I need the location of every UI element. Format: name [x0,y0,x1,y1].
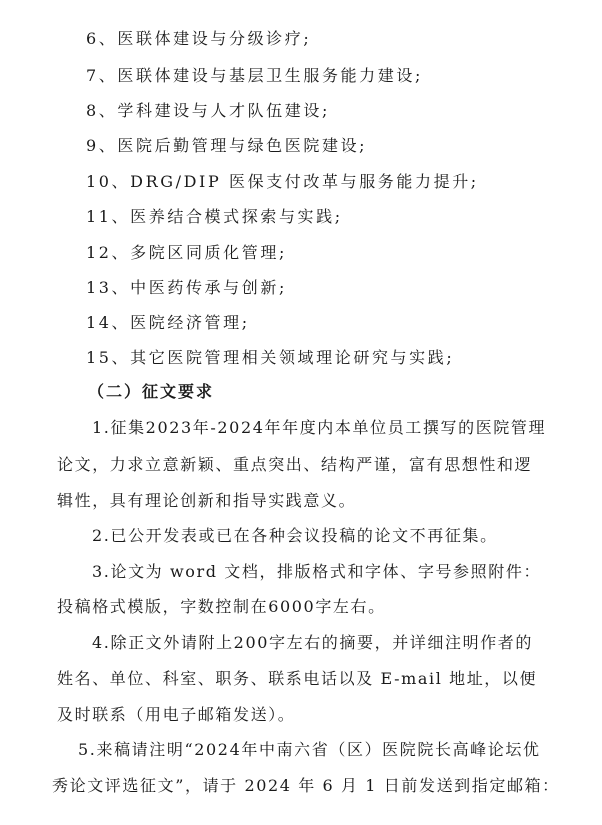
topic-item-6: 6、医联体建设与分级诊疗; [86,29,311,49]
requirement-1-line-3: 辑性，具有理论创新和指导实践意义。 [57,491,356,511]
requirement-5-line-2: 秀论文评选征文”，请于 2024 年 6 月 1 日前发送到指定邮箱： [52,776,560,796]
requirement-5-line-1: 5.来稿请注明“2024年中南六省（区）医院院长高峰论坛优 [78,740,541,760]
section-heading: （二）征文要求 [88,382,214,402]
topic-item-10: 10、DRG/DIP 医保支付改革与服务能力提升; [86,172,479,192]
requirement-4-line-3: 及时联系（用电子邮箱发送）。 [57,705,295,725]
topic-item-13: 13、中医药传承与创新; [86,278,287,298]
document-page: 6、医联体建设与分级诊疗; 7、医联体建设与基层卫生服务能力建设; 8、学科建设… [0,0,602,825]
requirement-2-line-1: 2.已公开发表或已在各种会议投稿的论文不再征集。 [92,526,498,546]
requirement-4-line-2: 姓名、单位、科室、职务、联系电话以及 E-mail 地址，以便 [57,669,537,689]
topic-item-14: 14、医院经济管理; [86,313,250,333]
requirement-3-line-2: 投稿格式模版，字数控制在6000字左右。 [57,597,386,617]
topic-item-11: 11、医养结合模式探索与实践; [86,207,343,227]
topic-item-8: 8、学科建设与人才队伍建设; [86,101,330,121]
topic-item-12: 12、多院区同质化管理; [86,243,287,263]
topic-item-9: 9、医院后勤管理与绿色医院建设; [86,136,367,156]
topic-item-7: 7、医联体建设与基层卫生服务能力建设; [86,66,423,86]
requirement-1-line-1: 1.征集2023年-2024年年度内本单位员工撰写的医院管理 [92,418,546,438]
requirement-1-line-2: 论文，力求立意新颖、重点突出、结构严谨，富有思想性和逻 [57,455,532,475]
requirement-4-line-1: 4.除正文外请附上200字左右的摘要，并详细注明作者的 [92,633,533,653]
topic-item-15: 15、其它医院管理相关领域理论研究与实践; [86,348,454,368]
requirement-3-line-1: 3.论文为 word 文档，排版格式和字体、字号参照附件： [92,562,541,582]
